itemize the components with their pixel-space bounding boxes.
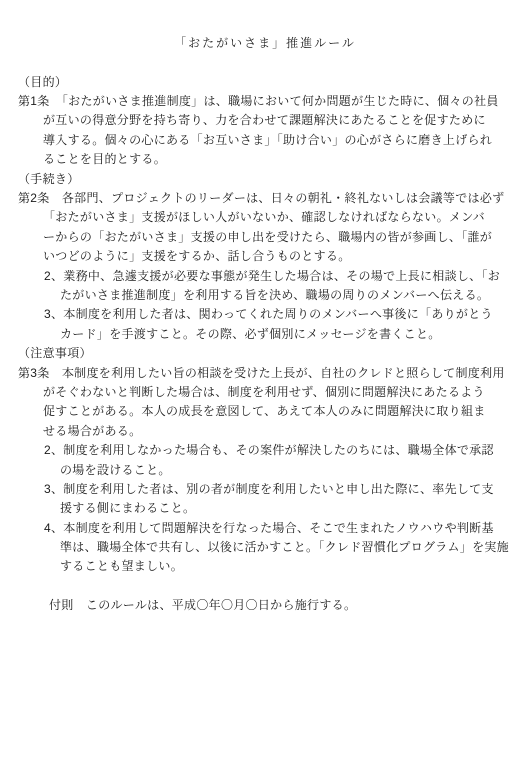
- doc-line: が互いの得意分野を持ち寄り、力を合わせて課題解決にあたることを促すために: [0, 111, 530, 130]
- doc-line: せる場合がある。: [0, 422, 530, 441]
- doc-line: （手続き）: [0, 170, 530, 189]
- doc-line: ーからの「おたがいさま」支援の申し出を受けたら、職場内の皆が参画し、「誰が: [0, 228, 530, 247]
- doc-line: 「おたがいさま」支援がほしい人がいないか、確認しなければならない。メンバ: [0, 208, 530, 227]
- doc-line: （注意事項）: [0, 344, 530, 363]
- doc-line: 第1条 「おたがいさま推進制度」は、職場において何か問題が生じた時に、個々の社員: [0, 92, 530, 111]
- doc-line: 3、本制度を利用した者は、関わってくれた周りのメンバーへ事後に「ありがとう: [0, 305, 530, 324]
- doc-line: 付則 このルールは、平成〇年〇月〇日から施行する。: [0, 596, 530, 615]
- doc-line: ることを目的とする。: [0, 150, 530, 169]
- doc-line: することも望ましい。: [0, 557, 530, 576]
- document-page: 「おたがいさま」推進ルール （目的）第1条 「おたがいさま推進制度」は、職場にお…: [0, 0, 530, 757]
- document-title: 「おたがいさま」推進ルール: [0, 34, 530, 53]
- doc-line: がそぐわないと判断した場合は、制度を利用せず、個別に問題解決にあたるよう: [0, 383, 530, 402]
- doc-line: 援する側にまわること。: [0, 499, 530, 518]
- doc-line: の場を設けること。: [0, 461, 530, 480]
- doc-line: 第2条 各部門、プロジェクトのリーダーは、日々の朝礼・終礼ないしは会議等では必ず: [0, 189, 530, 208]
- doc-line: 導入する。個々の心にある「お互いさま」「助け合い」の心がさらに磨き上げられ: [0, 131, 530, 150]
- doc-line: 2、制度を利用しなかった場合も、その案件が解決したのちには、職場全体で承認: [0, 441, 530, 460]
- doc-line: カード」を手渡すこと。その際、必ず個別にメッセージを書くこと。: [0, 325, 530, 344]
- document-body: （目的）第1条 「おたがいさま推進制度」は、職場において何か問題が生じた時に、個…: [0, 73, 530, 616]
- title-spacer: [0, 53, 530, 72]
- doc-line: 4、本制度を利用して問題解決を行なった場合、そこで生まれたノウハウや判断基: [0, 519, 530, 538]
- doc-line: （目的）: [0, 73, 530, 92]
- doc-line: 準は、職場全体で共有し、以後に活かすこと。「クレド習慣化プログラム」を実施: [0, 538, 530, 557]
- doc-line: 2、業務中、急遽支援が必要な事態が発生した場合は、その場で上長に相談し、「お: [0, 267, 530, 286]
- doc-line: 3、制度を利用した者は、別の者が制度を利用したいと申し出た際に、率先して支: [0, 480, 530, 499]
- doc-blank-line: [0, 577, 530, 596]
- doc-line: たがいさま推進制度」を利用する旨を決め、職場の周りのメンバーへ伝える。: [0, 286, 530, 305]
- doc-line: 促すことがある。本人の成長を意図して、あえて本人のみに問題解決に取り組ま: [0, 402, 530, 421]
- doc-line: 第3条 本制度を利用したい旨の相談を受けた上長が、自社のクレドと照らして制度利用: [0, 364, 530, 383]
- doc-line: いつどのように」支援をするか、話し合うものとする。: [0, 247, 530, 266]
